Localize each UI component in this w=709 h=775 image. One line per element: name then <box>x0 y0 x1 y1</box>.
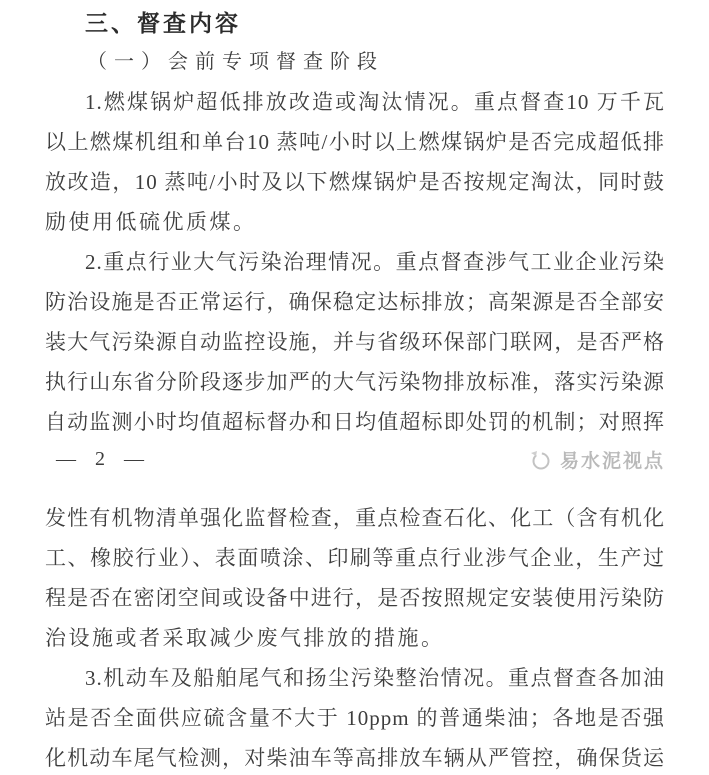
body-line: 3.机动车及船舶尾气和扬尘污染整治情况。重点督查各加油 <box>45 658 665 698</box>
watermark: 易水泥视点 <box>528 446 665 473</box>
body-line: 化机动车尾气检测，对柴油车等高排放车辆从严管控，确保货运 <box>45 738 665 775</box>
watermark-label: 易水泥视点 <box>560 446 665 473</box>
body-line: 站是否全面供应硫含量不大于 10ppm 的普通柴油；各地是否强 <box>45 698 665 738</box>
body-line: 工、橡胶行业）、表面喷涂、印刷等重点行业涉气企业，生产过 <box>45 538 665 578</box>
document-content: 三、督查内容 （一）会前专项督查阶段 1.燃煤锅炉超低排放改造或淘汰情况。重点督… <box>0 0 709 775</box>
body-line: 励使用低硫优质煤。 <box>45 202 665 242</box>
body-line: 治设施或者采取减少废气排放的措施。 <box>45 618 665 658</box>
body-line: 放改造，10 蒸吨/小时及以下燃煤锅炉是否按规定淘汰，同时鼓 <box>45 162 665 202</box>
body-line: 程是否在密闭空间或设备中进行，是否按照规定安装使用污染防 <box>45 578 665 618</box>
page-break-row: — 2 — 易水泥视点 <box>45 442 665 476</box>
body-line: 2.重点行业大气污染治理情况。重点督查涉气工业企业污染 <box>45 242 665 282</box>
body-line: 自动监测小时均值超标督办和日均值超标即处罚的机制；对照挥 <box>45 402 665 442</box>
body-line: 装大气污染源自动监控设施，并与省级环保部门联网，是否严格 <box>45 322 665 362</box>
page-gap <box>45 476 665 498</box>
section-heading: 三、督查内容 <box>85 0 665 42</box>
circle-logo-icon <box>528 447 552 471</box>
body-line: 以上燃煤机组和单台10 蒸吨/小时以上燃煤锅炉是否完成超低排 <box>45 122 665 162</box>
paragraph-2-continued: 发性有机物清单强化监督检查，重点检查石化、化工（含有机化 工、橡胶行业）、表面喷… <box>45 498 665 658</box>
paragraph-2: 2.重点行业大气污染治理情况。重点督查涉气工业企业污染 防治设施是否正常运行，确… <box>45 242 665 442</box>
body-line: 执行山东省分阶段逐步加严的大气污染物排放标准，落实污染源 <box>45 362 665 402</box>
paragraph-3: 3.机动车及船舶尾气和扬尘污染整治情况。重点督查各加油 站是否全面供应硫含量不大… <box>45 658 665 775</box>
document-page: 三、督查内容 （一）会前专项督查阶段 1.燃煤锅炉超低排放改造或淘汰情况。重点督… <box>0 0 709 775</box>
body-line: 防治设施是否正常运行，确保稳定达标排放；高架源是否全部安 <box>45 282 665 322</box>
page-number: — 2 — <box>56 448 151 471</box>
body-line: 发性有机物清单强化监督检查，重点检查石化、化工（含有机化 <box>45 498 665 538</box>
subsection-heading: （一）会前专项督查阶段 <box>87 42 665 82</box>
body-line: 1.燃煤锅炉超低排放改造或淘汰情况。重点督查10 万千瓦 <box>45 82 665 122</box>
paragraph-1: 1.燃煤锅炉超低排放改造或淘汰情况。重点督查10 万千瓦 以上燃煤机组和单台10… <box>45 82 665 242</box>
